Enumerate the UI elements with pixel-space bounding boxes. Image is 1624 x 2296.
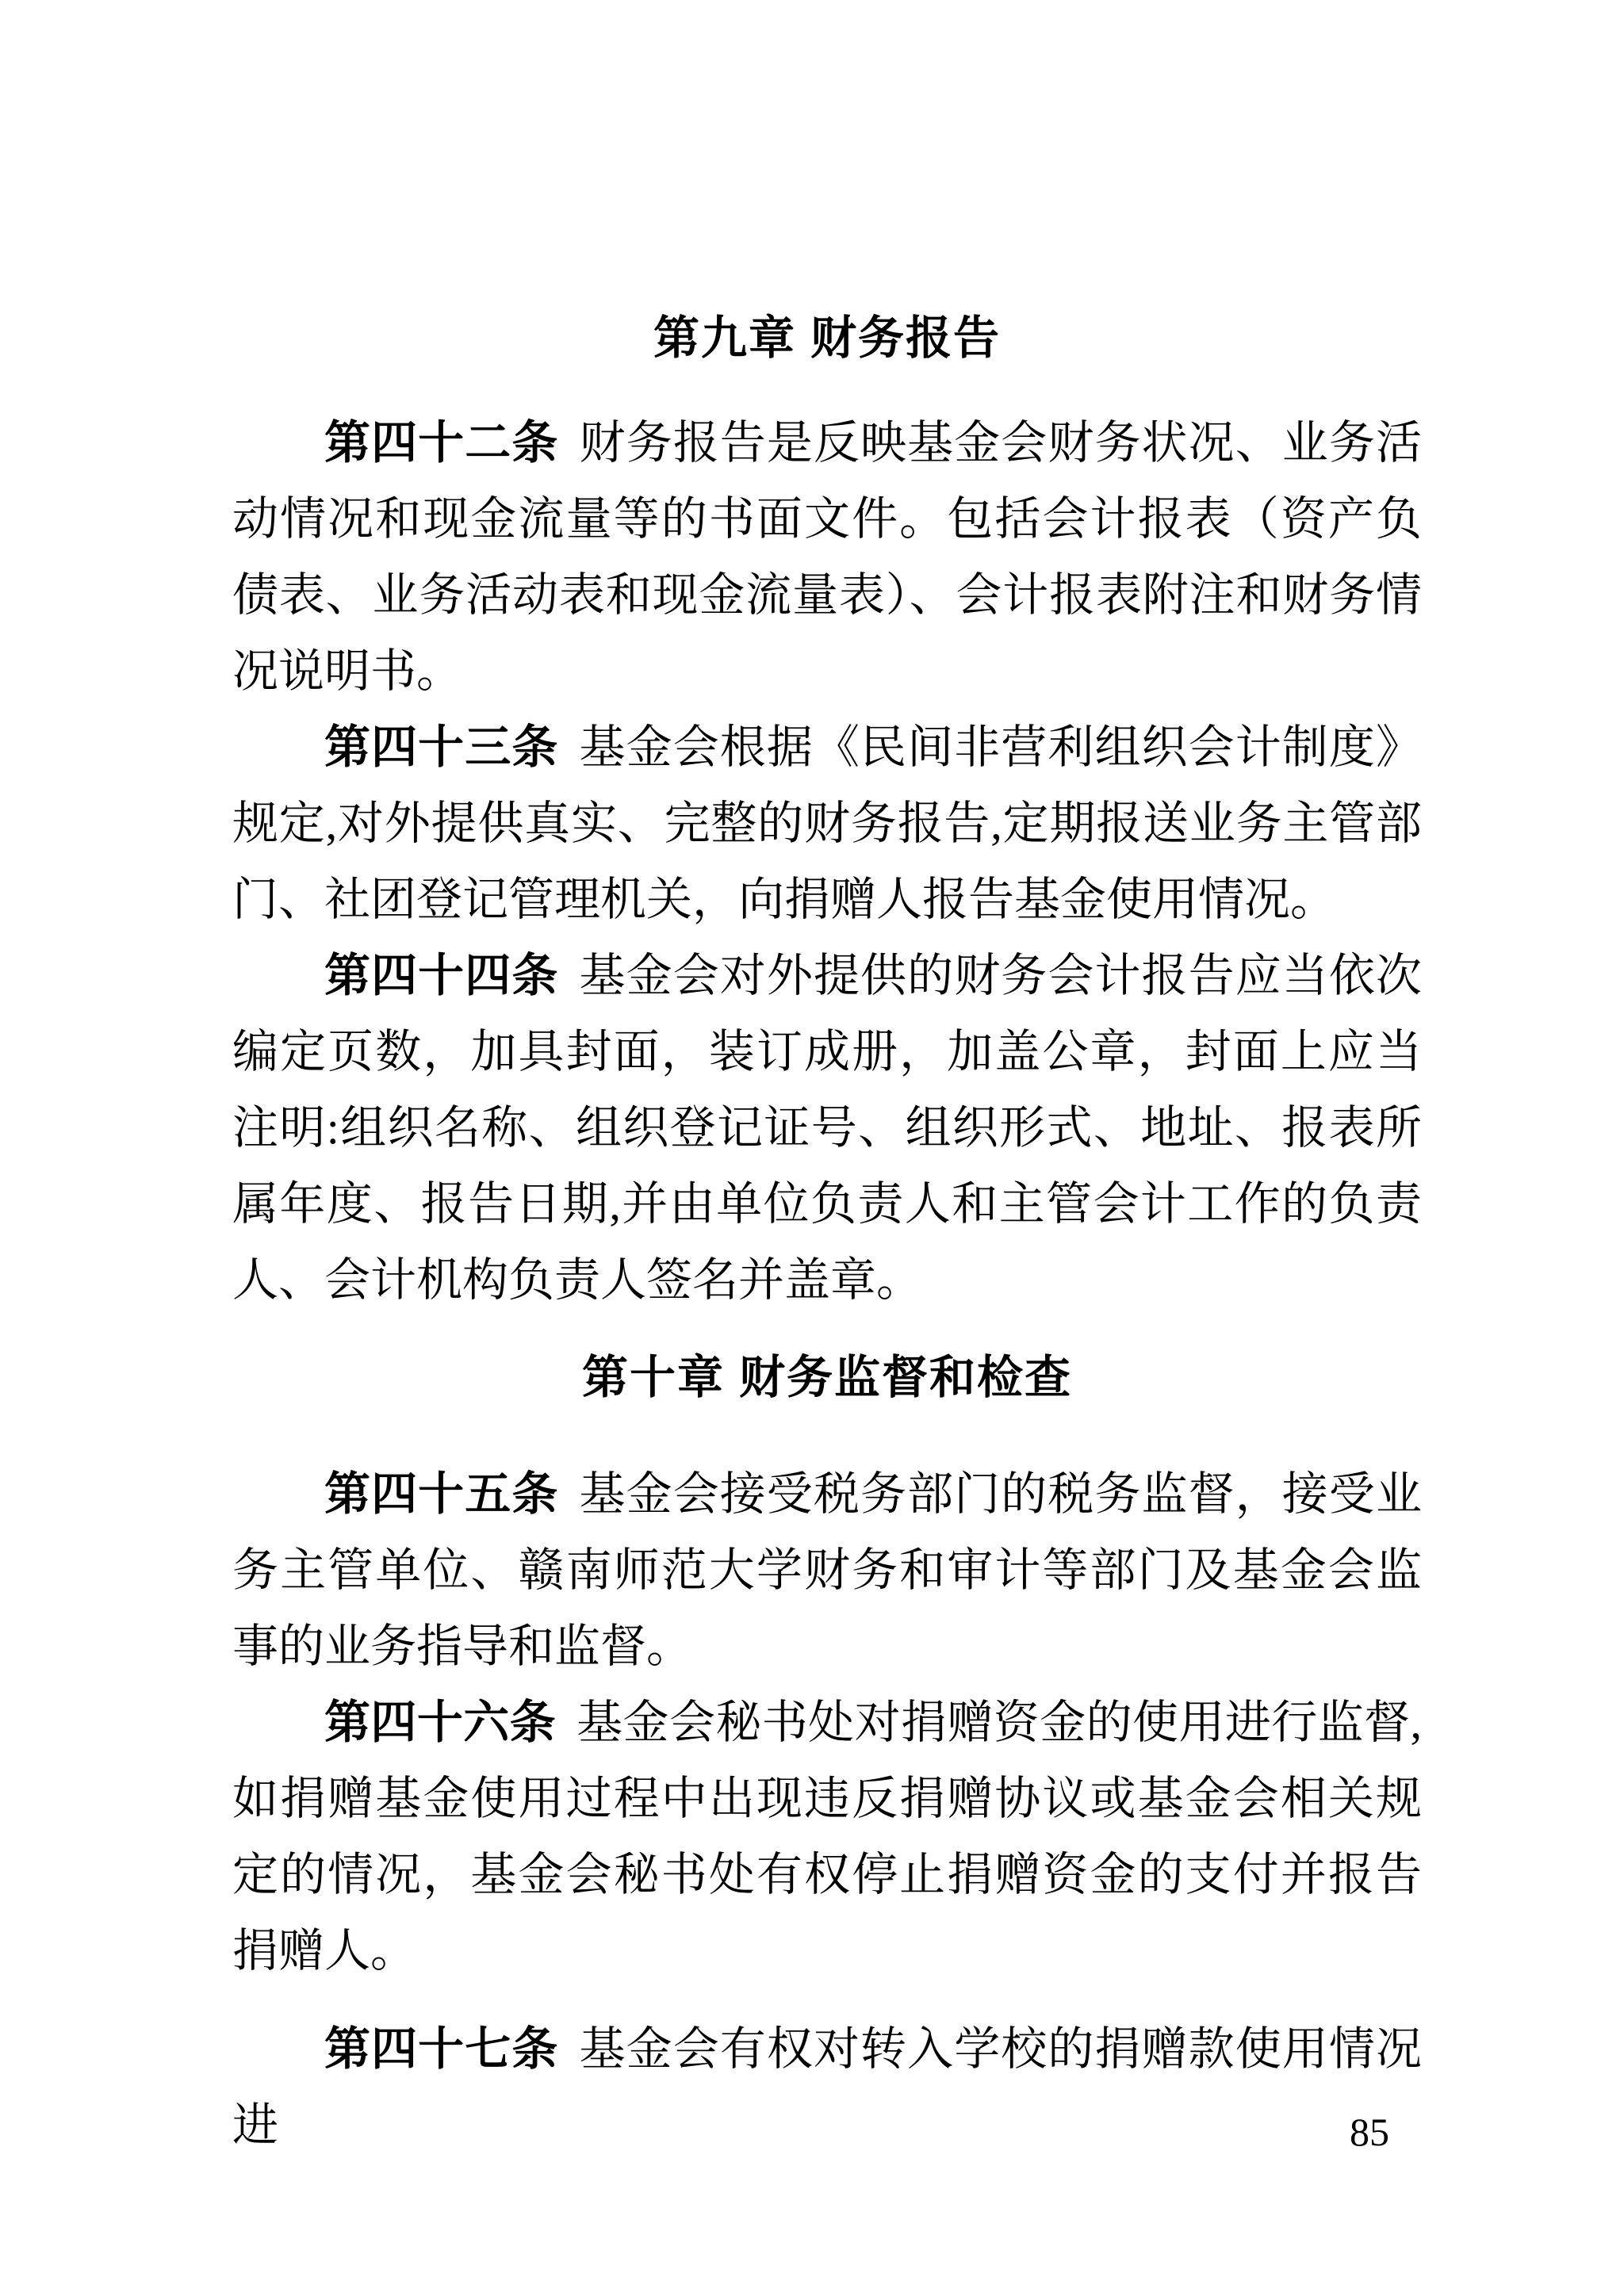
article-45-number: 第四十五条 (324, 1468, 558, 1520)
article-44-text: 基金会对外提供的财务会计报告应当依次编定页数，加具封面，装订成册，加盖公章，封面… (232, 950, 1422, 1306)
page-content: 第九章 财务报告 第四十二条财务报告是反映基金会财务状况、业务活动情况和现金流量… (232, 0, 1422, 2164)
article-45-paragraph: 第四十五条基金会接受税务部门的税务监督，接受业务主管单位、赣南师范大学财务和审计… (232, 1456, 1422, 1685)
article-44-paragraph: 第四十四条基金会对外提供的财务会计报告应当依次编定页数，加具封面，装订成册，加盖… (232, 938, 1422, 1318)
article-46-paragraph: 第四十六条基金会秘书处对捐赠资金的使用进行监督,如捐赠基金使用过程中出现违反捐赠… (232, 1685, 1422, 1989)
article-43-paragraph: 第四十三条基金会根据《民间非营利组织会计制度》规定,对外提供真实、完整的财务报告… (232, 710, 1422, 938)
article-47-number: 第四十七条 (324, 2023, 558, 2075)
article-47-paragraph: 第四十七条基金会有权对转入学校的捐赠款使用情况进 (232, 2011, 1422, 2164)
chapter-10-heading: 第十章 财务监督和检查 (232, 1350, 1422, 1406)
article-46-number: 第四十六条 (324, 1697, 556, 1748)
chapter-9-heading: 第九章 财务报告 (232, 311, 1422, 366)
page-number: 85 (1350, 2110, 1389, 2153)
article-42-number: 第四十二条 (324, 417, 558, 469)
document-page: 第九章 财务报告 第四十二条财务报告是反映基金会财务状况、业务活动情况和现金流量… (0, 0, 1624, 2296)
article-43-number: 第四十三条 (324, 721, 558, 773)
article-44-number: 第四十四条 (324, 950, 558, 1001)
article-42-paragraph: 第四十二条财务报告是反映基金会财务状况、业务活动情况和现金流量等的书面文件。包括… (232, 405, 1422, 710)
